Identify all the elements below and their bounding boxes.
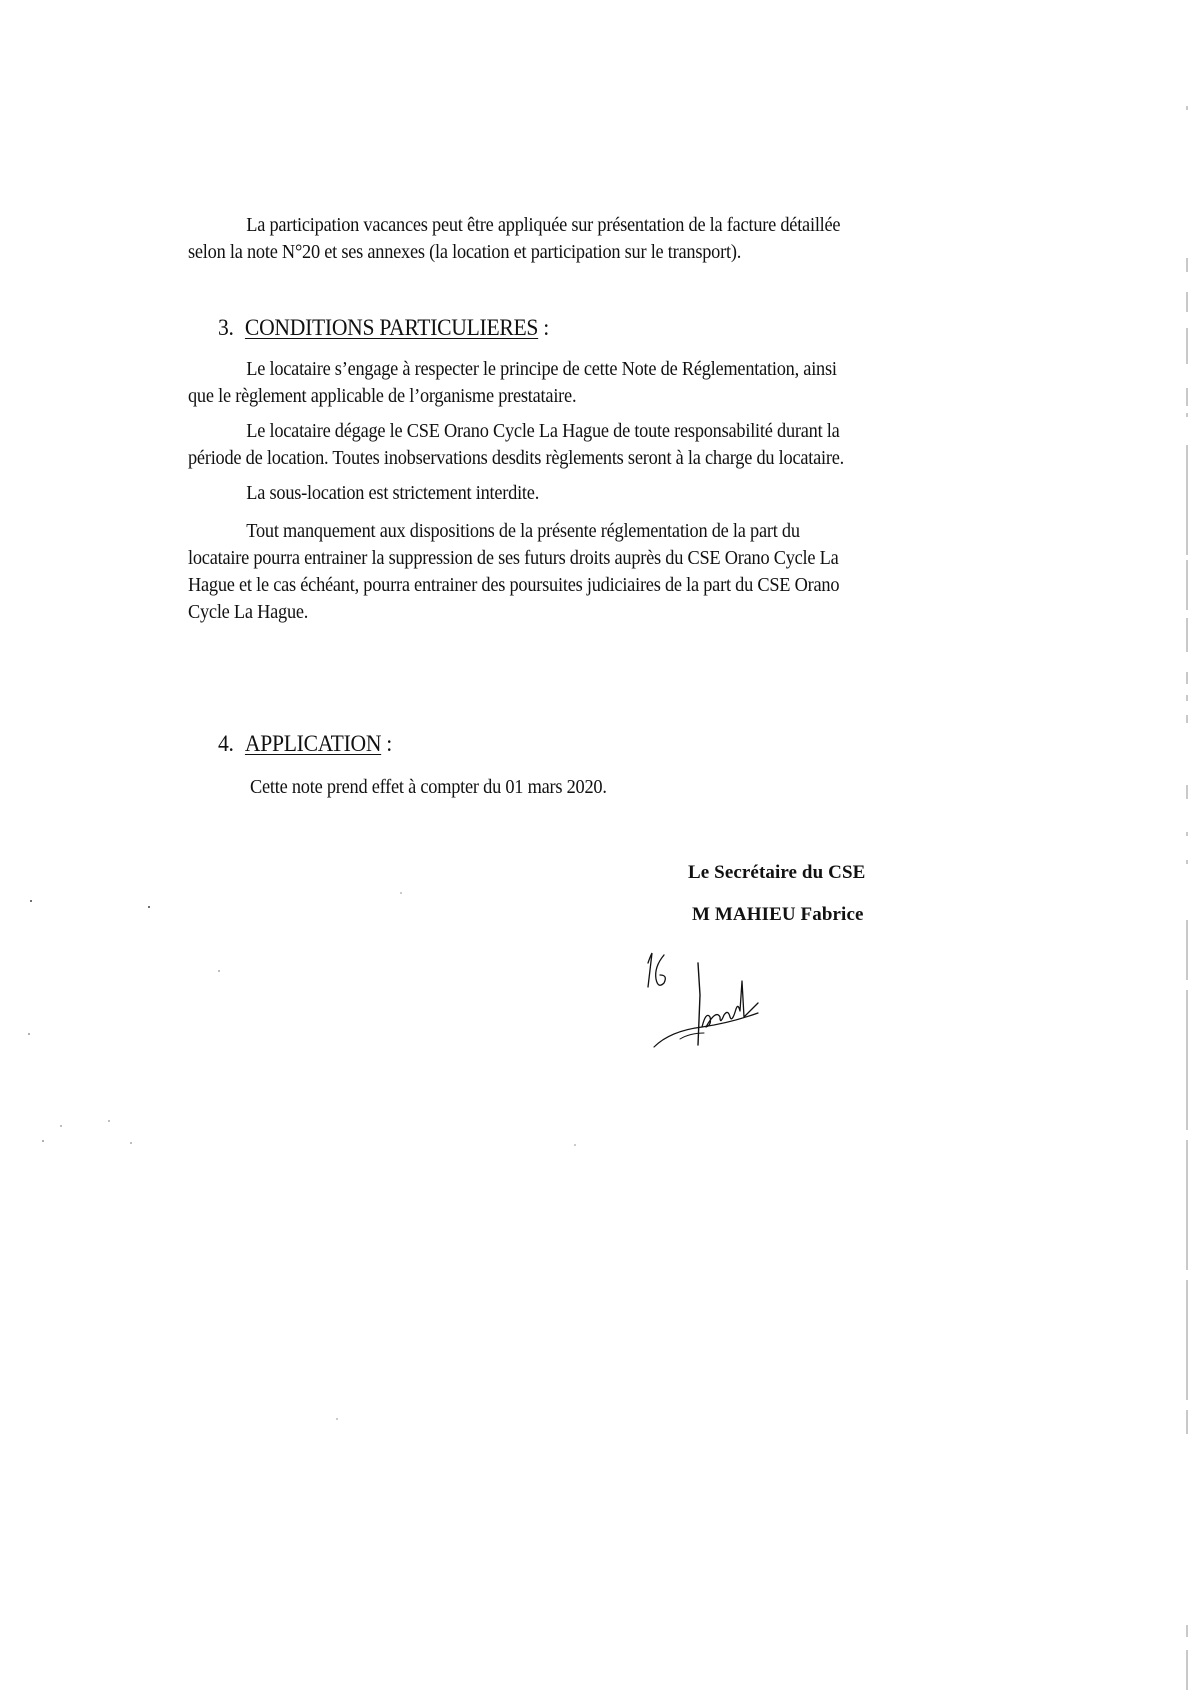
section-title-suffix: : — [381, 731, 392, 756]
paragraph-line: La participation vacances peut être appl… — [188, 212, 931, 239]
scan-speck — [28, 1033, 30, 1035]
section-title-suffix: : — [538, 315, 549, 340]
scan-speck — [130, 1142, 132, 1144]
scan-speck — [108, 1120, 110, 1122]
section-title: CONDITIONS PARTICULIERES — [245, 315, 538, 340]
scan-speck — [60, 1125, 62, 1127]
application-paragraph: Cette note prend effet à compter du 01 m… — [250, 774, 993, 801]
scan-speck — [42, 1140, 44, 1142]
section-number: 3. — [218, 315, 234, 340]
conditions-paragraph-3: La sous-location est strictement interdi… — [188, 480, 931, 507]
paragraph-line: Tout manquement aux dispositions de la p… — [188, 518, 931, 545]
document-page: La participation vacances peut être appl… — [0, 0, 1200, 1699]
paragraph-line: période de location. Toutes inobservatio… — [188, 445, 931, 472]
section-number: 4. — [218, 731, 234, 756]
section-title: APPLICATION — [245, 731, 381, 756]
paragraph-line: Cette note prend effet à compter du 01 m… — [250, 774, 993, 801]
conditions-paragraph-1: Le locataire s’engage à respecter le pri… — [188, 356, 931, 410]
signatory-name: M MAHIEU Fabrice — [692, 902, 864, 928]
scan-speck — [336, 1418, 338, 1420]
conditions-paragraph-4: Tout manquement aux dispositions de la p… — [188, 518, 931, 626]
scan-speck — [218, 970, 220, 972]
section-heading-conditions: 3.CONDITIONS PARTICULIERES : — [218, 314, 549, 342]
signatory-role: Le Secrétaire du CSE — [688, 860, 865, 886]
scan-edge-artifacts — [1186, 0, 1189, 1699]
scan-speck — [30, 900, 32, 902]
intro-paragraph: La participation vacances peut être appl… — [188, 212, 931, 266]
paragraph-line: Le locataire s’engage à respecter le pri… — [188, 356, 931, 383]
conditions-paragraph-2: Le locataire dégage le CSE Orano Cycle L… — [188, 418, 931, 472]
scan-speck — [148, 906, 150, 908]
paragraph-line: La sous-location est strictement interdi… — [188, 480, 931, 507]
section-heading-application: 4.APPLICATION : — [218, 730, 392, 758]
paragraph-line: que le règlement applicable de l’organis… — [188, 383, 931, 410]
paragraph-line: Cycle La Hague. — [188, 599, 931, 626]
handwritten-signature-icon — [640, 945, 800, 1055]
scan-speck — [574, 1144, 576, 1146]
paragraph-line: Le locataire dégage le CSE Orano Cycle L… — [188, 418, 931, 445]
paragraph-line: Hague et le cas échéant, pourra entraine… — [188, 572, 931, 599]
paragraph-line: selon la note N°20 et ses annexes (la lo… — [188, 239, 931, 266]
scan-speck — [400, 892, 402, 894]
paragraph-line: locataire pourra entrainer la suppressio… — [188, 545, 931, 572]
